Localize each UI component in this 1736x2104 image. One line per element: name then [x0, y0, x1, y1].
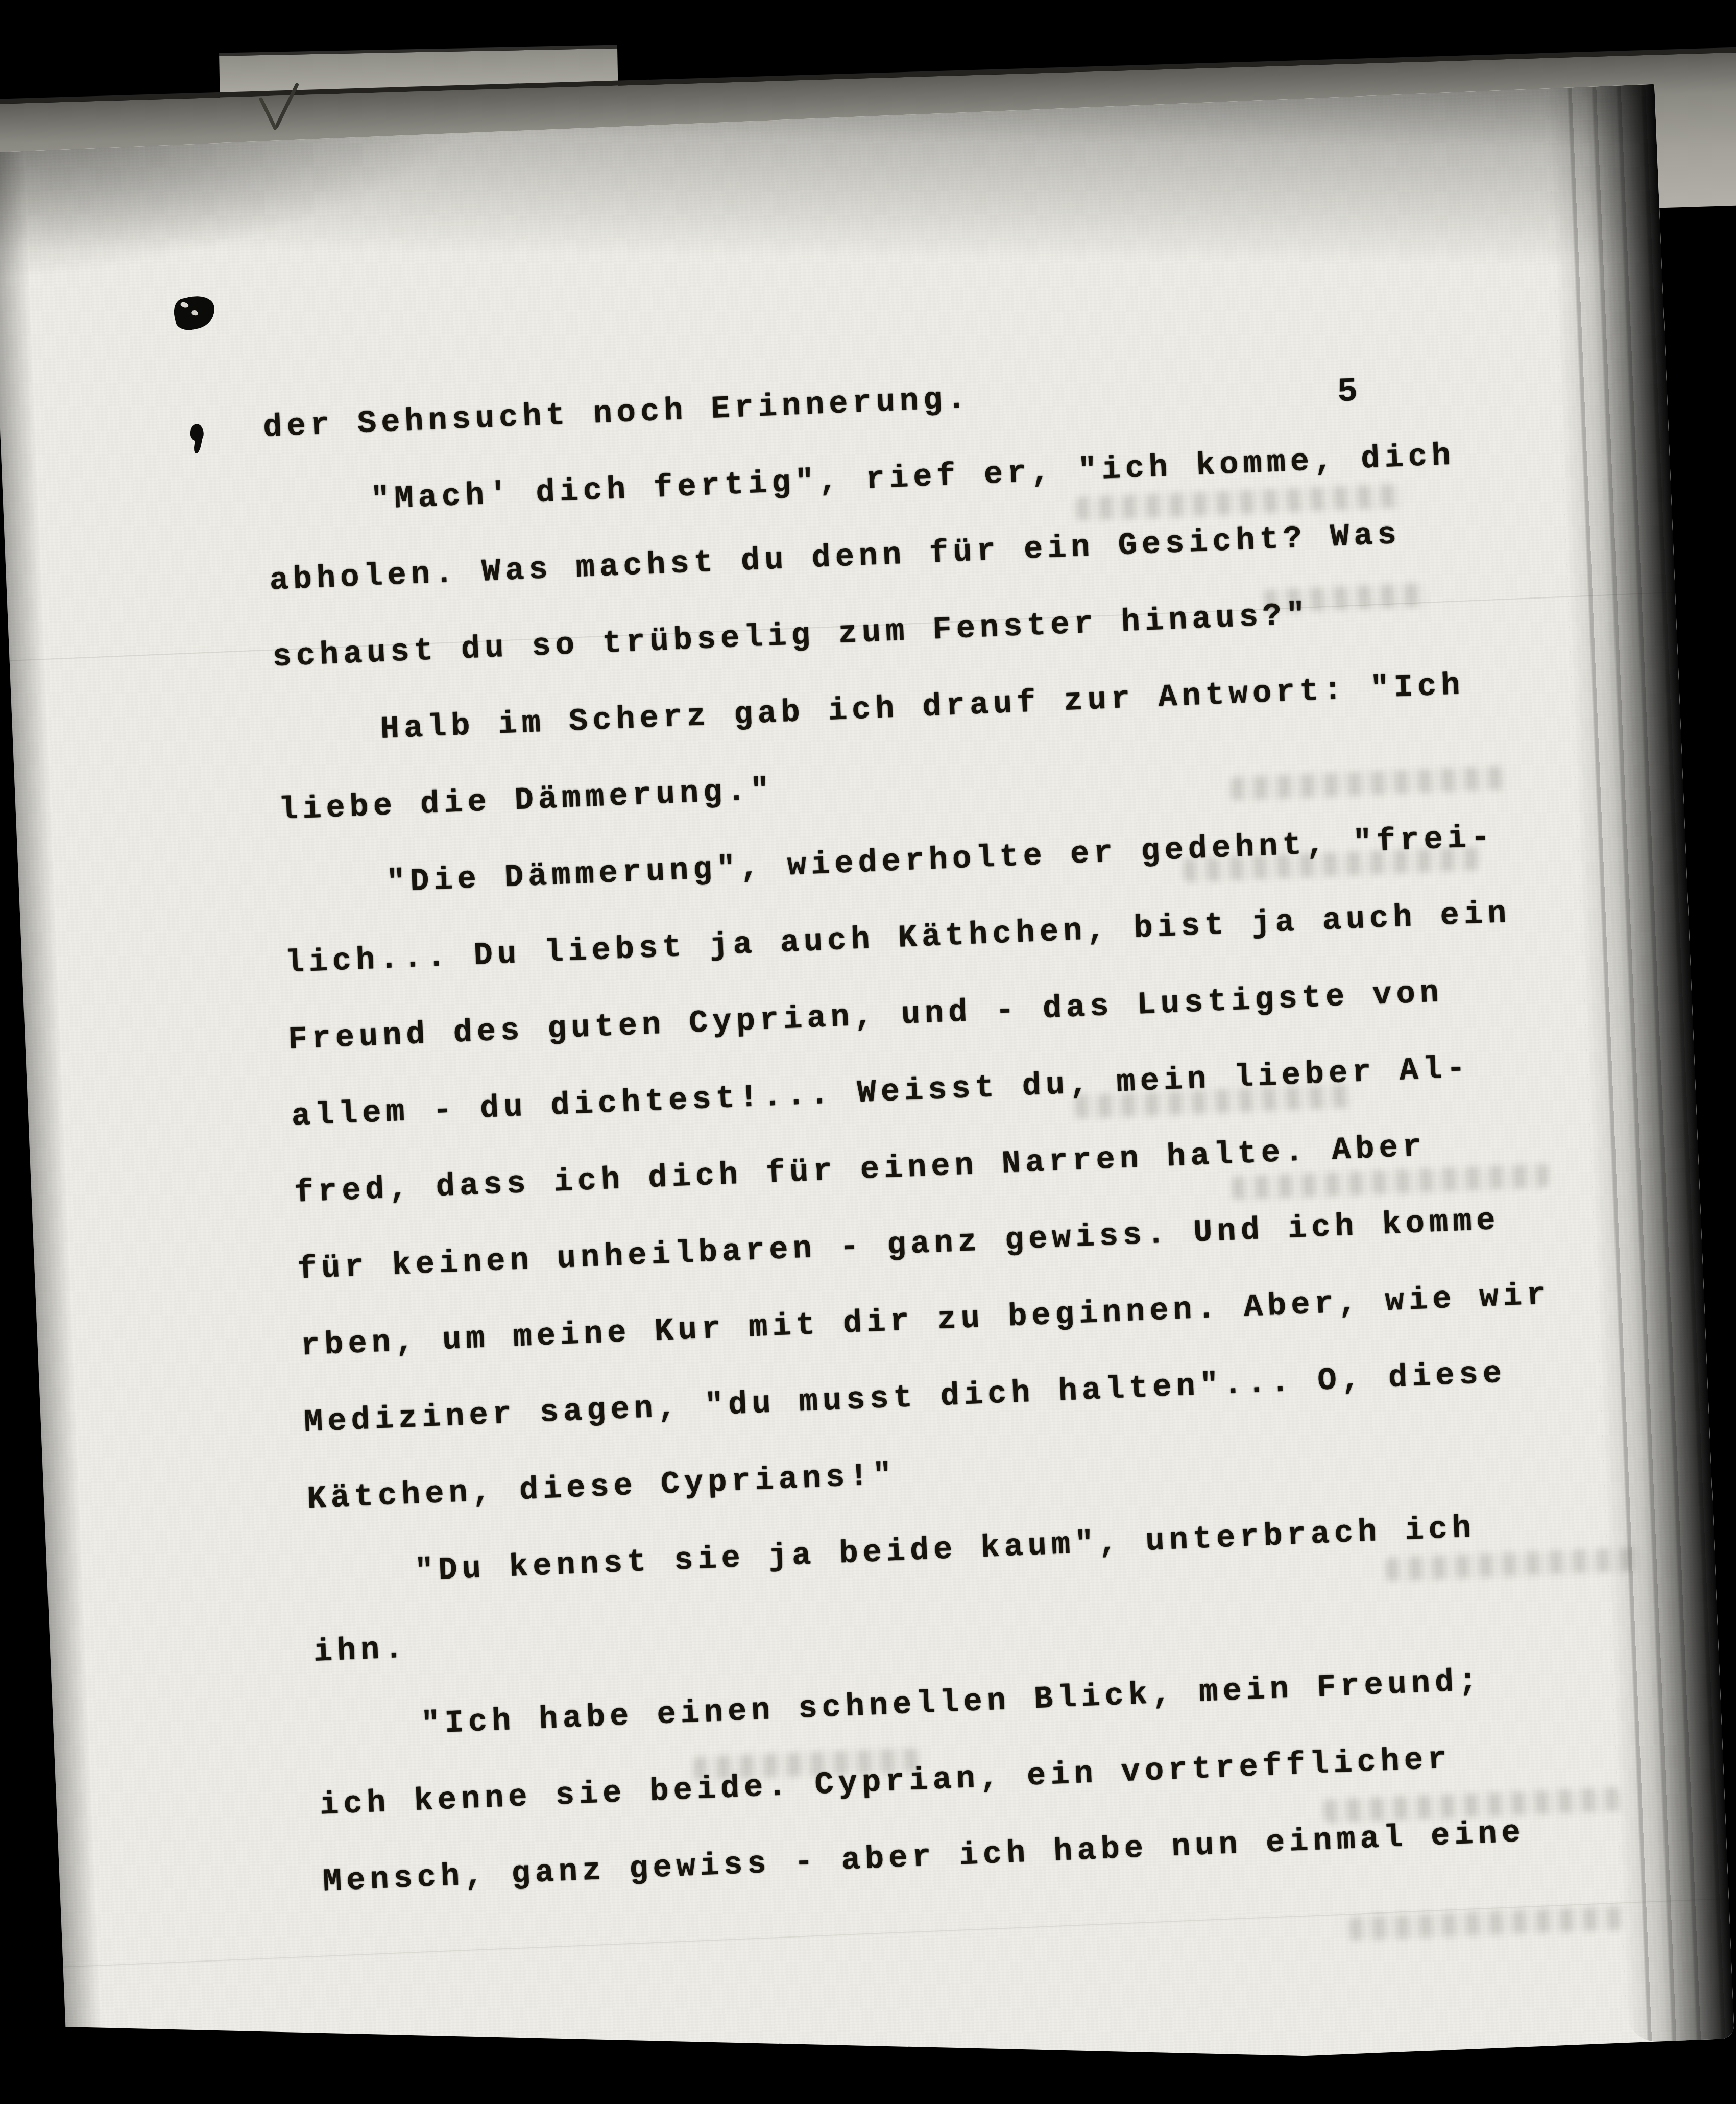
photographed-page-stack: 5 der Sehnsucht noch Erinnerung."Mach' d… — [0, 0, 1736, 2104]
paper-crease-hairline — [63, 1898, 1729, 1968]
ink-blob-artifact — [171, 292, 218, 333]
left-edge-shadow — [0, 151, 105, 2104]
typewritten-text: der Sehnsucht noch Erinnerung."Mach' dic… — [261, 332, 1712, 1920]
typewritten-page: 5 der Sehnsucht noch Erinnerung."Mach' d… — [0, 84, 1734, 2104]
ghost-bleedthrough-text — [1349, 1906, 1625, 1941]
ink-apostrophe-artifact — [190, 424, 206, 455]
